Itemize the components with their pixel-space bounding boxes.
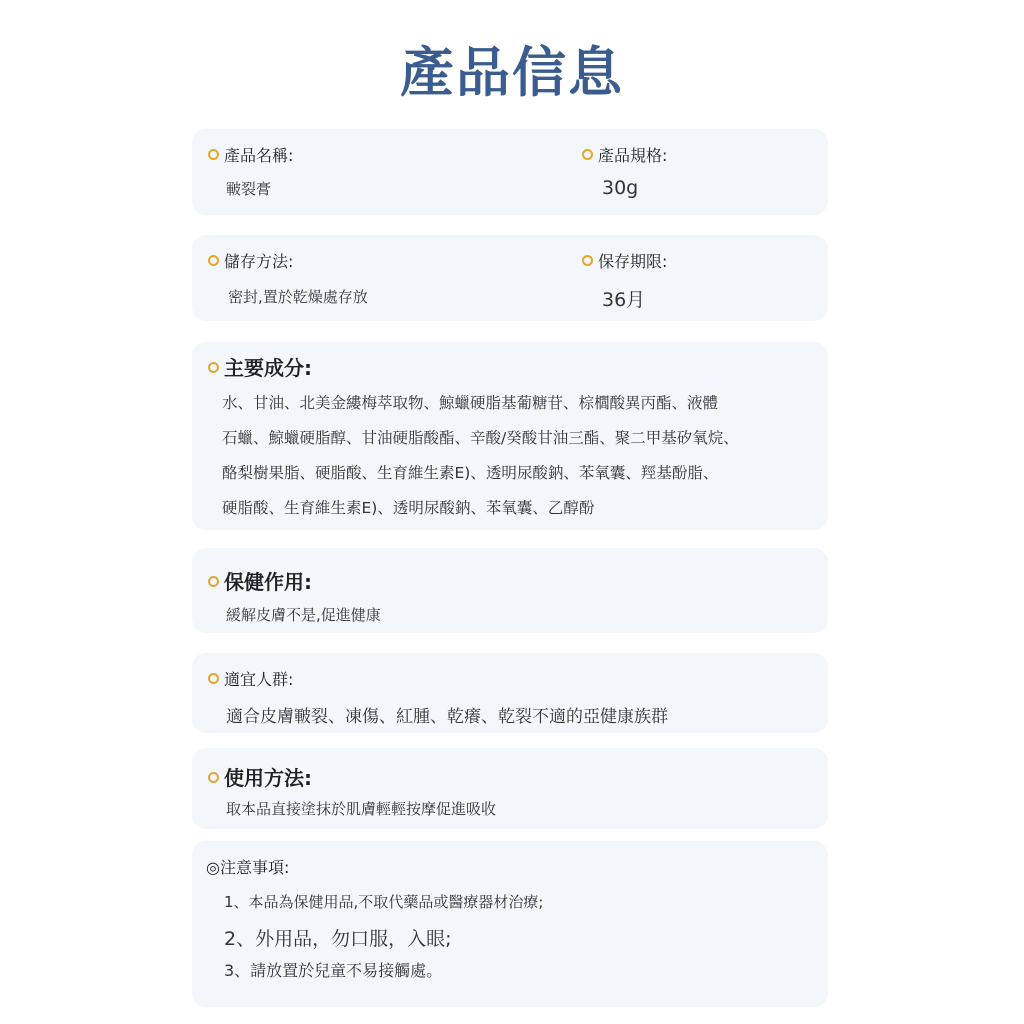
ingredients-line: 硬脂酸、生育維生素E)、透明尿酸鈉、苯氧囊、乙醇酚 xyxy=(222,491,812,526)
shelf-life-label-row: 保存期限: xyxy=(582,249,667,272)
notice-item: 2、外用品，勿口服，入眼; xyxy=(224,924,452,951)
product-spec-value: 30g xyxy=(602,177,638,199)
usage-value: 取本品直接塗抹於肌膚輕輕按摩促進吸收 xyxy=(226,798,496,819)
effect-label-row: 保健作用: xyxy=(208,566,312,595)
bullet-circle-icon xyxy=(208,576,219,587)
page-title: 產品信息 xyxy=(0,30,1024,107)
storage-method-label-row: 儲存方法: xyxy=(208,249,293,272)
ingredients-line: 石蠟、鯨蠟硬脂醇、甘油硬脂酸酯、辛酸/癸酸甘油三酯、聚二甲基矽氧烷、 xyxy=(222,421,812,456)
storage-method-label: 儲存方法: xyxy=(224,252,293,271)
product-spec-label-row: 產品規格: xyxy=(582,143,667,166)
shelf-life-value: 36月 xyxy=(602,285,645,312)
audience-label: 適宜人群: xyxy=(224,670,293,689)
effect-value: 緩解皮膚不是,促進健康 xyxy=(226,604,381,625)
ingredients-card: 主要成分: 水、甘油、北美金縷梅萃取物、鯨蠟硬脂基葡糖苷、棕櫚酸異丙酯、液體 石… xyxy=(192,342,828,530)
effect-label: 保健作用: xyxy=(224,570,312,594)
product-info-page: 產品信息 產品名稱: 皸裂膏 產品規格: 30g 儲存方法: 密封,置於乾燥處存… xyxy=(0,0,1024,1024)
bullet-circle-icon xyxy=(582,255,593,266)
bullet-circle-icon xyxy=(208,772,219,783)
effect-card: 保健作用: 緩解皮膚不是,促進健康 xyxy=(192,548,828,633)
bullet-circle-icon xyxy=(208,673,219,684)
notice-card: ◎注意事項: 1、本品為保健用品,不取代藥品或醫療器材治療; 2、外用品，勿口服… xyxy=(192,841,828,1007)
storage-method-value: 密封,置於乾燥處存放 xyxy=(228,286,368,307)
usage-card: 使用方法: 取本品直接塗抹於肌膚輕輕按摩促進吸收 xyxy=(192,748,828,829)
notice-label: ◎注意事項: xyxy=(206,855,289,878)
product-name-value: 皸裂膏 xyxy=(226,178,271,199)
bullet-circle-icon xyxy=(208,362,219,373)
product-spec-label: 產品規格: xyxy=(598,146,667,165)
shelf-life-label: 保存期限: xyxy=(598,252,667,271)
ingredients-list: 水、甘油、北美金縷梅萃取物、鯨蠟硬脂基葡糖苷、棕櫚酸異丙酯、液體 石蠟、鯨蠟硬脂… xyxy=(222,386,812,526)
usage-label-row: 使用方法: xyxy=(208,762,312,791)
product-card: 產品名稱: 皸裂膏 產品規格: 30g xyxy=(192,129,828,215)
bullet-circle-icon xyxy=(208,149,219,160)
notice-item: 1、本品為保健用品,不取代藥品或醫療器材治療; xyxy=(224,891,543,912)
usage-label: 使用方法: xyxy=(224,766,312,790)
audience-card: 適宜人群: 適合皮膚皸裂、凍傷、紅腫、乾癢、乾裂不適的亞健康族群 xyxy=(192,653,828,733)
audience-label-row: 適宜人群: xyxy=(208,667,293,690)
ingredients-line: 酪梨樹果脂、硬脂酸、生育維生素E)、透明尿酸鈉、苯氧囊、羥基酚脂、 xyxy=(222,456,812,491)
product-name-label: 產品名稱: xyxy=(224,146,293,165)
ingredients-line: 水、甘油、北美金縷梅萃取物、鯨蠟硬脂基葡糖苷、棕櫚酸異丙酯、液體 xyxy=(222,386,812,421)
product-name-label-row: 產品名稱: xyxy=(208,143,293,166)
storage-card: 儲存方法: 密封,置於乾燥處存放 保存期限: 36月 xyxy=(192,235,828,321)
ingredients-label-row: 主要成分: xyxy=(208,352,312,381)
ingredients-label: 主要成分: xyxy=(224,356,312,380)
notice-item: 3、請放置於兒童不易接觸處。 xyxy=(224,958,442,981)
bullet-circle-icon xyxy=(208,255,219,266)
audience-value: 適合皮膚皸裂、凍傷、紅腫、乾癢、乾裂不適的亞健康族群 xyxy=(226,702,668,727)
bullet-circle-icon xyxy=(582,149,593,160)
